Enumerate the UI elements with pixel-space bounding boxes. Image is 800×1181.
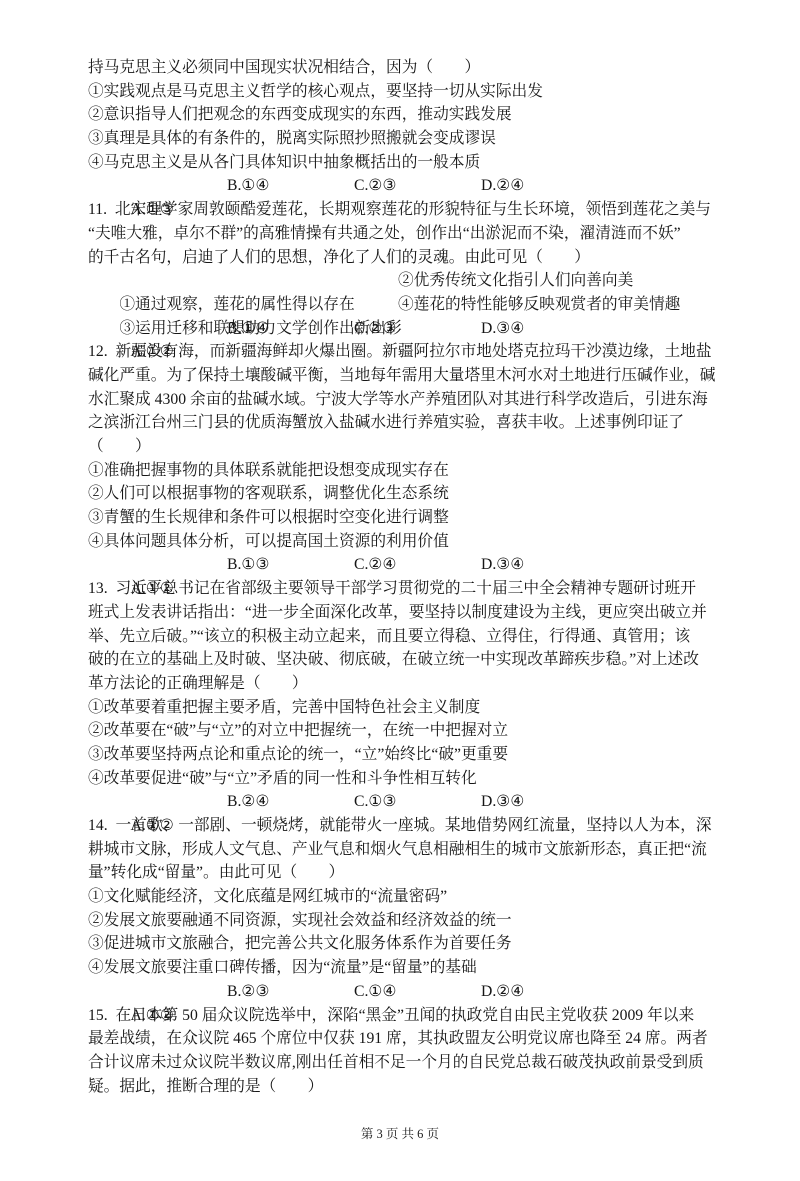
choice-c: C.②③ [354,317,397,341]
question-stem-line: 14. 一首歌、一部剧、一顿烧烤，就能带火一座城。某地借势网红流量，坚持以人为本… [88,814,712,838]
choice-d: D.③④ [481,317,524,341]
question-stem-line: 11. 北宋理学家周敦颐酷爱莲花，长期观察莲花的形貌特征与生长环境，领悟到莲花之… [88,198,712,222]
answer-choices-row: A.①② B.②③ C.①④ D.②④ [88,980,712,1004]
question-stem-line: 量”转化成“留量”。由此可见（ ） [88,861,712,885]
choice-b: B.①④ [227,174,270,198]
answer-choices-row: A.①③ B.①④ C.②③ D.②④ [88,174,712,198]
option-line-1: ①文化赋能经济，文化底蕴是网红城市的“流量密码” [88,885,712,909]
exam-text-block: 持马克思主义必须同中国现实状况相结合，因为（ ） ①实践观点是马克思主义哲学的核… [88,56,712,1098]
choice-b: B.②④ [227,790,270,814]
choice-d: D.③④ [481,553,524,577]
choice-d: D.③④ [481,790,524,814]
option-line-4: ④具体问题具体分析，可以提高国土资源的利用价值 [88,530,712,554]
choice-d: D.②④ [481,980,524,1004]
page-number-footer: 第 3 页 共 6 页 [0,1126,800,1143]
option-line-1: ①准确把握事物的具体联系就能把设想变成现实存在 [88,459,712,483]
question-14: 14. 一首歌、一部剧、一顿烧烤，就能带火一座城。某地借势网红流量，坚持以人为本… [88,814,712,1004]
question-stem-line: （ ） [88,435,712,459]
option-line-4: ④马克思主义是从各门具体知识中抽象概括出的一般本质 [88,151,712,175]
answer-choices-row: A.①② B.①④ C.②③ D.③④ [88,317,712,341]
option-line-3: ③青蟹的生长规律和条件可以根据时空变化进行调整 [88,506,712,530]
choice-a: A.①③ [131,201,174,218]
choice-b: B.①③ [227,553,270,577]
option-line-3: ③真理是具体的有条件的，脱离实际照抄照搬就会变成谬误 [88,127,712,151]
choice-c: C.②③ [354,174,397,198]
question-15: 15. 在日本第 50 届众议院选举中，深陷“黑金”丑闻的执政党自由民主党收获 … [88,1004,712,1099]
answer-choices-row: A.①② B.②④ C.①③ D.③④ [88,790,712,814]
question-stem-line: 15. 在日本第 50 届众议院选举中，深陷“黑金”丑闻的执政党自由民主党收获 … [88,1004,712,1028]
question-10-continuation: 持马克思主义必须同中国现实状况相结合，因为（ ） ①实践观点是马克思主义哲学的核… [88,56,712,198]
option-2: ②优秀传统文化指引人们向善向美 [398,269,633,293]
option-pair-line: ③运用迁移和联想助力文学创作出新出彩 ④莲花的特性能够反映观赏者的审美情趣 [88,293,712,317]
choice-c: C.①③ [354,790,397,814]
question-stem-line: 之滨浙江台州三门县的优质海蟹放入盐碱水进行养殖实验，喜获丰收。上述事例印证了 [88,411,712,435]
choice-a: A.①② [131,1007,174,1024]
choice-a: A.①② [131,580,174,597]
option-line-2: ②改革要在“破”与“立”的对立中把握统一，在统一中把握对立 [88,719,712,743]
question-11: 11. 北宋理学家周敦颐酷爱莲花，长期观察莲花的形貌特征与生长环境，领悟到莲花之… [88,198,712,340]
exam-page: 持马克思主义必须同中国现实状况相结合，因为（ ） ①实践观点是马克思主义哲学的核… [0,0,800,1181]
question-stem-line: 13. 习近平总书记在省部级主要领导干部学习贯彻党的二十届三中全会精神专题研讨班… [88,577,712,601]
question-stem-line: 班式上发表讲话指出：“进一步全面深化改革，要坚持以制度建设为主线，更应突出破立并 [88,601,712,625]
question-stem-line: 最差战绩，在众议院 465 个席位中仅获 191 席，其执政盟友公明党议席也降至… [88,1027,712,1051]
question-12: 12. 新疆没有海，而新疆海鲜却火爆出圈。新疆阿拉尔市地处塔克拉玛干沙漠边缘，土… [88,340,712,577]
question-stem-line: 耕城市文脉，形成人文气息、产业气息和烟火气息相融相生的城市文旅新形态，真正把“流 [88,838,712,862]
question-stem-line: 的千古名句，启迪了人们的思想，净化了人们的灵魂。由此可见（ ） [88,246,712,270]
option-4: ④莲花的特性能够反映观赏者的审美情趣 [398,293,680,317]
question-stem-line: 水汇聚成 4300 余亩的盐碱水域。宁波大学等水产养殖团队对其进行科学改造后，引… [88,388,712,412]
option-pair-line: ①通过观察，莲花的属性得以存在 ②优秀传统文化指引人们向善向美 [88,269,712,293]
choice-d: D.②④ [481,174,524,198]
question-stem-line: 破的在立的基础上及时破、坚决破、彻底破，在破立统一中实现改革蹄疾步稳。”对上述改 [88,648,712,672]
option-line-1: ①改革要着重把握主要矛盾，完善中国特色社会主义制度 [88,696,712,720]
choice-a: A.①② [131,343,174,360]
option-line-3: ③改革要坚持两点论和重点论的统一，“立”始终比“破”更重要 [88,743,712,767]
question-13: 13. 习近平总书记在省部级主要领导干部学习贯彻党的二十届三中全会精神专题研讨班… [88,577,712,814]
question-stem-line: 合计议席未过众议院半数议席,刚出任首相不足一个月的自民党总裁石破茂执政前景受到质 [88,1051,712,1075]
option-line-2: ②人们可以根据事物的客观联系，调整优化生态系统 [88,482,712,506]
option-line-2: ②意识指导人们把观念的东西变成现实的东西，推动实践发展 [88,103,712,127]
choice-b: B.①④ [227,317,270,341]
choice-a: A.①② [131,817,174,834]
option-line-4: ④改革要促进“破”与“立”矛盾的同一性和斗争性相互转化 [88,767,712,791]
question-stem-line: 碱化严重。为了保持土壤酸碱平衡，当地每年需用大量塔里木河水对土地进行压碱作业，碱 [88,364,712,388]
option-line-3: ③促进城市文旅融合，把完善公共文化服务体系作为首要任务 [88,932,712,956]
choice-c: C.①④ [354,980,397,1004]
question-stem-line: 12. 新疆没有海，而新疆海鲜却火爆出圈。新疆阿拉尔市地处塔克拉玛干沙漠边缘，土… [88,340,712,364]
question-stem-line: 持马克思主义必须同中国现实状况相结合，因为（ ） [88,56,712,80]
choice-c: C.②④ [354,553,397,577]
choice-b: B.②③ [227,980,270,1004]
question-stem-line: “夫唯大雅，卓尔不群”的高雅情操有共通之处，创作出“出淤泥而不染，濯清涟而不妖” [88,222,712,246]
question-stem-line: 举、先立后破。”“该立的积极主动立起来，而且要立得稳、立得住，行得通、真管用；该 [88,625,712,649]
option-line-1: ①实践观点是马克思主义哲学的核心观点，要坚持一切从实际出发 [88,80,712,104]
question-stem-line: 疑。据此，推断合理的是（ ） [88,1075,712,1099]
option-line-4: ④发展文旅要注重口碑传播，因为“流量”是“留量”的基础 [88,956,712,980]
question-stem-line: 革方法论的正确理解是（ ） [88,672,712,696]
option-line-2: ②发展文旅要融通不同资源，实现社会效益和经济效益的统一 [88,909,712,933]
answer-choices-row: A.①② B.①③ C.②④ D.③④ [88,553,712,577]
